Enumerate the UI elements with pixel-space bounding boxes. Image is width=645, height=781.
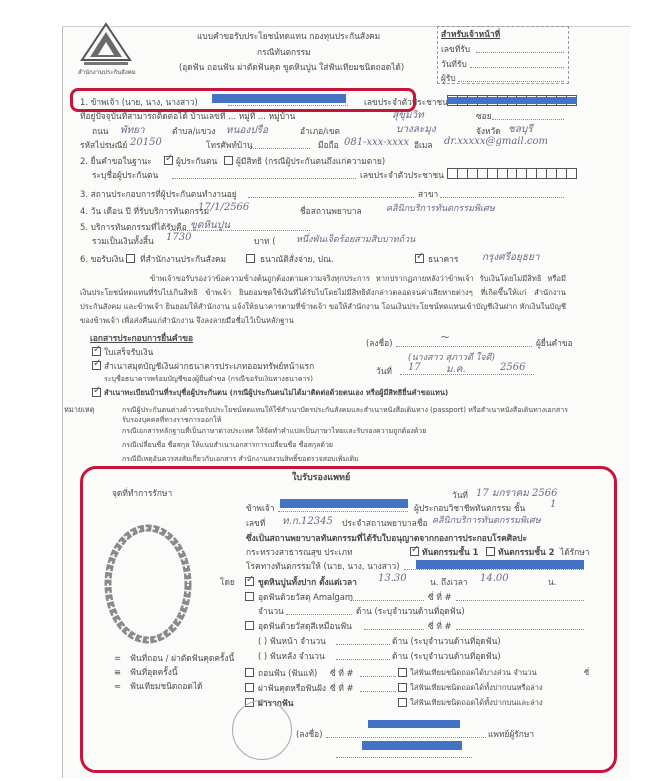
hospital-value: คลินิกบริการทันตกรรมพิเศษ bbox=[386, 201, 495, 215]
soi-field[interactable] bbox=[492, 119, 564, 120]
attachment-bankbook: สำเนาสมุดบัญชีเงินฝากธนาคารประเภทออมทรัพ… bbox=[104, 361, 314, 371]
total-label: รวมเป็นเงินทั้งสิ้น bbox=[92, 236, 154, 246]
note-item-2: กรณีเอกสารหลักฐานที่เป็นภาษาต่างประเทศ ใ… bbox=[122, 426, 426, 436]
notes-heading: หมายเหตุ bbox=[64, 405, 94, 415]
postal-value: 20150 bbox=[130, 137, 162, 148]
email-label: อีเมล bbox=[414, 140, 433, 150]
declaration-text: ข้าพเจ้าขอรับรองว่าข้อความข้างต้นถูกต้อง… bbox=[80, 272, 566, 328]
province-label: จังหวัด bbox=[476, 126, 501, 136]
attachment-checkbox-bankbook[interactable] bbox=[92, 361, 101, 370]
office-checkbox[interactable] bbox=[126, 254, 135, 263]
email-value: dr.xxxxx@gmail.com bbox=[444, 136, 548, 147]
province-value: ชลบุรี bbox=[508, 122, 533, 137]
item3-label: 3. สถานประกอบการที่ผู้ประกันตนทำงานอยู่ bbox=[80, 189, 237, 199]
applicant-signature-mark: ~ bbox=[440, 330, 450, 344]
insured-id-label: เลขประจำตัวประชาชน bbox=[360, 170, 444, 180]
signature-date-field[interactable] bbox=[400, 374, 534, 375]
sso-logo-icon bbox=[78, 22, 134, 68]
item2-label: 2. ยื่นคำขอในฐานะ bbox=[80, 156, 152, 166]
total-value: 1730 bbox=[166, 232, 191, 243]
district-label: อำเภอ/เขต bbox=[300, 126, 340, 136]
road-label: ถนน bbox=[92, 126, 109, 136]
address-label: ที่อยู่ปัจจุบันที่สามารถติดต่อได้ บ้านเล… bbox=[80, 111, 295, 121]
form-title: แบบคำขอรับประโยชน์ทดแทน กองทุนประกันสังค… bbox=[197, 31, 380, 41]
highlight-applicant-name bbox=[70, 88, 416, 112]
logo-caption: สำนักงานประกันสังคม bbox=[78, 68, 136, 78]
postal-label: รหัสไปรษณีย์ bbox=[80, 140, 127, 150]
highlight-dental-certificate bbox=[80, 466, 617, 773]
baht-label: บาท ( bbox=[254, 236, 275, 246]
attachment-bank-note: ระบุชื่อธนาคารพร้อมบัญชีของผู้ยื่นคำขอ (… bbox=[104, 374, 313, 384]
insured-name-field[interactable] bbox=[172, 178, 356, 179]
subdistrict-value: หนองปรือ bbox=[226, 123, 268, 138]
branch-field[interactable] bbox=[440, 197, 564, 198]
mobile-label: มือถือ bbox=[318, 140, 339, 150]
attachment-receipt: ใบเสร็จรับเงิน bbox=[104, 347, 153, 357]
road-value: พัทยา bbox=[120, 123, 145, 138]
officer-receipt-date: วันที่รับ bbox=[441, 59, 467, 69]
note-item-1: กรณีผู้ประกันตนต่างด้าวขอรับประโยชน์ทดแท… bbox=[122, 405, 582, 425]
insured-id-boxes[interactable] bbox=[447, 168, 577, 179]
bank-value: กรุงศรีอยุธยา bbox=[482, 250, 539, 265]
beneficiary-checkbox[interactable] bbox=[224, 156, 233, 165]
receipt-date-field[interactable] bbox=[470, 67, 564, 68]
opt-office-label: ที่สำนักงานประกันสังคม bbox=[140, 254, 226, 264]
mobile-value: 081-xxx-xxxx bbox=[344, 137, 409, 148]
opt-beneficiary-label: ผู้มีสิทธิ (กรณีผู้ประกันตนถึงแก่ความตาย… bbox=[236, 156, 385, 166]
subdistrict-label: ตำบล/แขวง bbox=[172, 126, 215, 136]
insured-name-label: ระบุชื่อผู้ประกันตน bbox=[92, 170, 158, 180]
attachment-checkbox-household[interactable] bbox=[92, 388, 101, 397]
opt-bank-label: ธนาคาร bbox=[428, 254, 458, 264]
service-field[interactable] bbox=[170, 230, 310, 231]
district-value: บางละมุง bbox=[396, 122, 436, 137]
item6-label: 6. ขอรับเงิน bbox=[80, 254, 124, 264]
phone-field[interactable] bbox=[250, 148, 310, 149]
employer-field[interactable] bbox=[248, 197, 414, 198]
signature-date-label: วันที่ bbox=[376, 366, 392, 376]
redacted-applicant-id bbox=[447, 97, 577, 104]
officer-receiver: ผู้รับ bbox=[441, 73, 456, 83]
insured-checkbox[interactable] bbox=[164, 156, 173, 165]
signature-date-year: 2566 bbox=[500, 362, 525, 373]
attachments-heading: เอกสารประกอบการยื่นคำขอ bbox=[90, 333, 193, 343]
soi-label: ซอย bbox=[476, 111, 492, 121]
note-item-3: กรณีเปลี่ยนชื่อ ชื่อสกุล ให้แนบสำเนาเอกส… bbox=[122, 440, 333, 450]
service-date-value: 17/1/2566 bbox=[198, 202, 249, 213]
signature-role: ผู้ยื่นคำขอ bbox=[536, 338, 573, 348]
receipt-no-field[interactable] bbox=[476, 52, 564, 53]
item4-label: 4. วัน เดือน ปี ที่รับบริการทันตกรรม bbox=[80, 206, 209, 216]
officer-receipt-no: เลขที่รับ bbox=[441, 44, 470, 54]
signature-date-day: 17 bbox=[408, 362, 421, 373]
bank-checkbox[interactable] bbox=[415, 254, 424, 263]
attachment-household: สำเนาทะเบียนบ้านที่ระบุชื่อผู้ประกันตน (… bbox=[104, 388, 448, 398]
form-subtitle: กรณีทันตกรรม bbox=[257, 47, 311, 57]
attachment-checkbox-receipt[interactable] bbox=[92, 347, 101, 356]
cheque-checkbox[interactable] bbox=[246, 254, 255, 263]
baht-text-value: หนึ่งพันเจ็ดร้อยสามสิบบาทถ้วน bbox=[296, 232, 415, 246]
branch-label: สาขา bbox=[418, 189, 438, 199]
signature-label: (ลงชื่อ) bbox=[366, 338, 392, 348]
hospital-label: ชื่อสถานพยาบาล bbox=[300, 206, 362, 216]
note-item-4: กรณีมีเหตุอันควรสงสัยเกี่ยวกับเอกสาร สำน… bbox=[122, 454, 359, 464]
opt-cheque-label: ธนาณัติสั่งจ่าย, ปณ. bbox=[260, 254, 334, 264]
opt-insured-label: ผู้ประกันตน bbox=[176, 156, 217, 166]
officer-heading: สำหรับเจ้าหน้าที่ bbox=[441, 29, 500, 39]
receiver-field[interactable] bbox=[458, 81, 564, 82]
form-scope: (อุดฟัน ถอนฟัน ผ่าตัดฟันคุด ขูดหินปูน ใส… bbox=[179, 62, 404, 72]
phone-label: โทรศัพท์บ้าน bbox=[206, 140, 253, 150]
applicant-signature-field[interactable] bbox=[396, 346, 532, 347]
